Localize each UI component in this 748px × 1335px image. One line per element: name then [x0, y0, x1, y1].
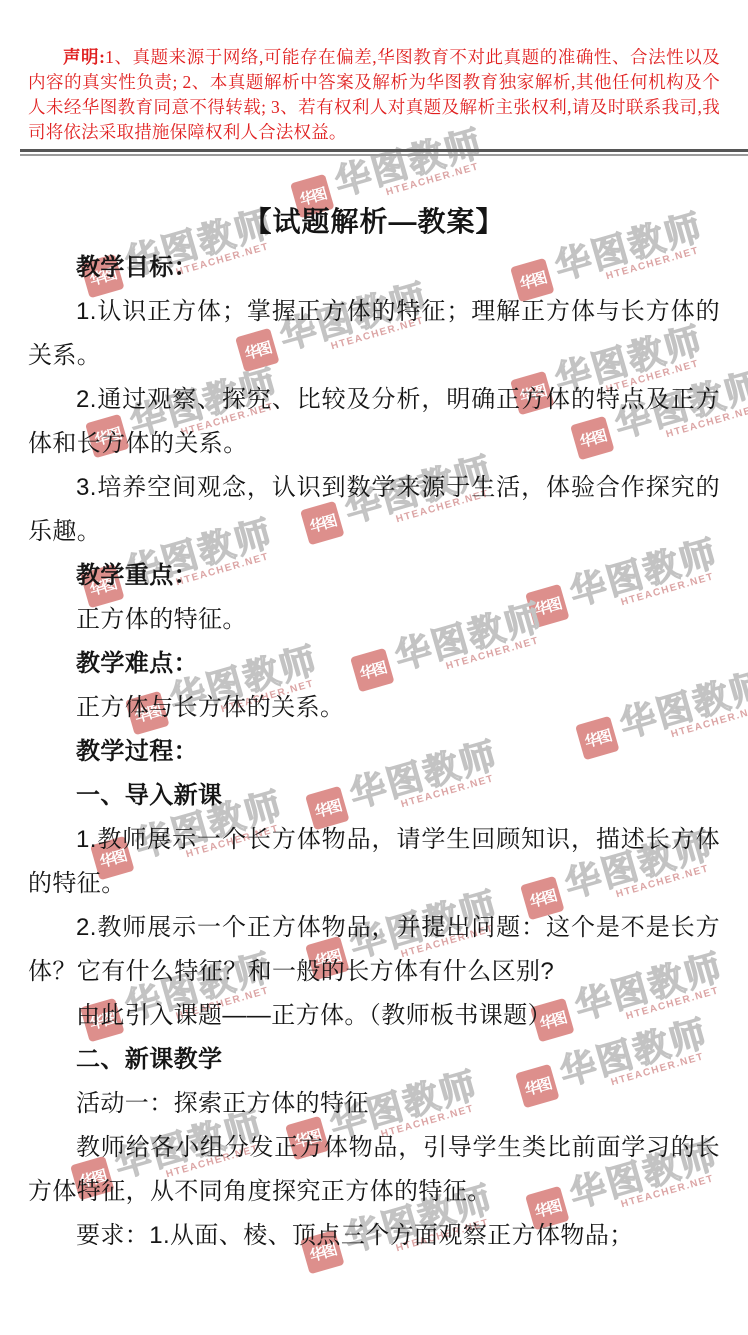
paragraph: 正方体的特征。 [28, 598, 720, 642]
section-heading: 教学目标： [28, 246, 720, 290]
section-heading: 教学重点： [28, 554, 720, 598]
paragraph: 1.认识正方体；掌握正方体的特征；理解正方体与长方体的关系。 [28, 290, 720, 378]
divider-double-line [20, 149, 748, 156]
paragraph: 1.教师展示一个长方体物品，请学生回顾知识，描述长方体的特征。 [28, 818, 720, 906]
paragraph: 2.通过观察、探究、比较及分析，明确正方体的特点及正方体和长方体的关系。 [28, 378, 720, 466]
watermark-domain-text: HTEACHER.NET [385, 159, 490, 199]
paragraph: 正方体与长方体的关系。 [28, 686, 720, 730]
paragraph: 活动一：探索正方体的特征 [28, 1082, 720, 1126]
disclaimer-text: 1、真题来源于网络,可能存在偏差,华图教育不对此真题的准确性、合法性以及内容的真… [28, 47, 720, 142]
document-body: 教学目标：1.认识正方体；掌握正方体的特征；理解正方体与长方体的关系。2.通过观… [28, 246, 720, 1258]
section-heading: 教学过程： [28, 730, 720, 774]
disclaimer: 声明:1、真题来源于网络,可能存在偏差,华图教育不对此真题的准确性、合法性以及内… [28, 0, 720, 145]
document-page: 华图华图教师HTEACHER.NET华图华图教师HTEACHER.NET华图华图… [0, 0, 748, 1335]
section-heading: 一、导入新课 [28, 774, 720, 818]
document-title: 【试题解析—教案】 [28, 202, 720, 242]
paragraph: 教师给各小组分发正方体物品，引导学生类比前面学习的长方体特征，从不同角度探究正方… [28, 1126, 720, 1214]
section-heading: 二、新课教学 [28, 1038, 720, 1082]
paragraph: 2.教师展示一个正方体物品，并提出问题：这个是不是长方体？它有什么特征？和一般的… [28, 906, 720, 994]
lesson-plan-section: 【试题解析—教案】 教学目标：1.认识正方体；掌握正方体的特征；理解正方体与长方… [0, 202, 748, 1258]
paragraph: 由此引入课题——正方体。（教师板书课题） [28, 994, 720, 1038]
disclaimer-label: 声明: [63, 47, 105, 67]
disclaimer-section: 声明:1、真题来源于网络,可能存在偏差,华图教育不对此真题的准确性、合法性以及内… [0, 0, 748, 145]
paragraph: 3.培养空间观念，认识到数学来源于生活，体验合作探究的乐趣。 [28, 466, 720, 554]
paragraph: 要求：1.从面、棱、顶点三个方面观察正方体物品； [28, 1214, 720, 1258]
section-heading: 教学难点： [28, 642, 720, 686]
